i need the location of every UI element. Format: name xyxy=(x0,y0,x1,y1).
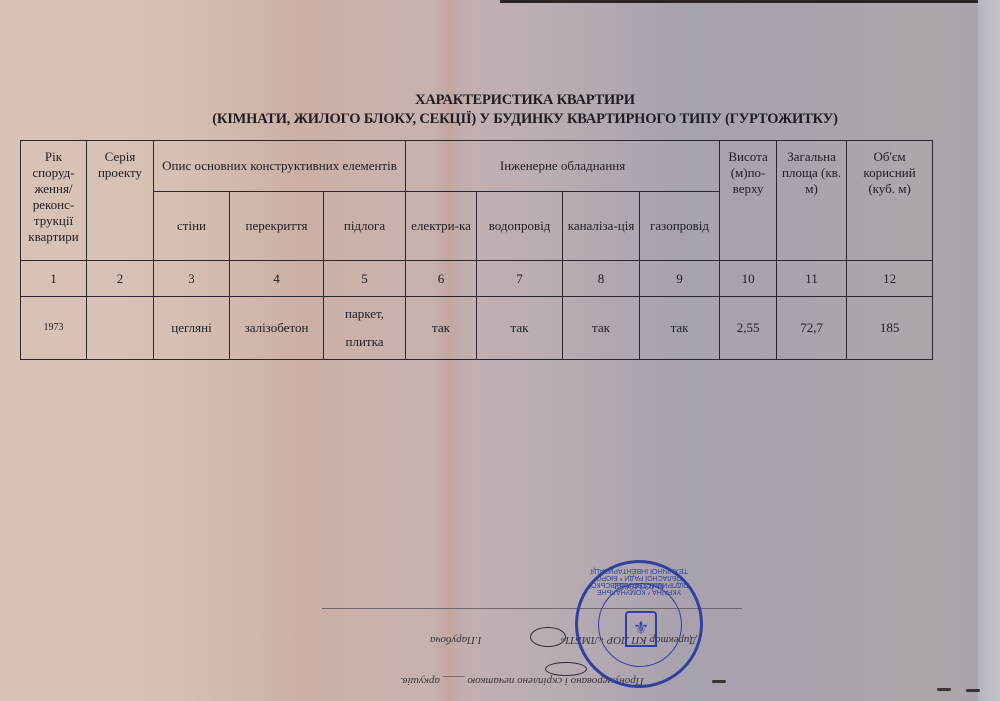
column-number: 4 xyxy=(230,261,324,297)
header-water: водопровід xyxy=(477,192,563,261)
header-structure-group: Опис основних конструктивних елементів xyxy=(154,141,406,192)
column-number: 5 xyxy=(324,261,406,297)
column-number: 10 xyxy=(720,261,777,297)
header-volume: Об'єм корисний (куб. м) xyxy=(847,141,933,261)
header-area: Загальна площа (кв. м) xyxy=(777,141,847,261)
signature-name: І.Парубоча xyxy=(430,634,481,646)
signature-scribble xyxy=(530,627,566,647)
paper-top-edge xyxy=(500,0,980,3)
cell-volume: 185 xyxy=(847,297,933,360)
cell-gas: так xyxy=(640,297,720,360)
document-title: ХАРАКТЕРИСТИКА КВАРТИРИ (КІМНАТИ, ЖИЛОГО… xyxy=(150,91,900,129)
header-series: Серія проекту xyxy=(87,141,154,261)
column-number: 9 xyxy=(640,261,720,297)
cell-height: 2,55 xyxy=(720,297,777,360)
header-year: Рік споруд-ження/ реконс-трукції квартир… xyxy=(21,141,87,261)
floor-line-1: паркет, xyxy=(345,306,384,321)
staple-mark xyxy=(712,680,726,683)
column-number: 2 xyxy=(87,261,154,297)
cell-floor: паркет, плитка xyxy=(324,297,406,360)
header-gas: газопровід xyxy=(640,192,720,261)
cell-sewer: так xyxy=(563,297,640,360)
column-number: 11 xyxy=(777,261,847,297)
column-number: 1 xyxy=(21,261,87,297)
header-walls: стіни xyxy=(154,192,230,261)
floor-line-2: плитка xyxy=(326,334,403,350)
staple-mark xyxy=(966,689,980,692)
table-row: 1973 цегляні залізобетон паркет, плитка … xyxy=(21,297,933,360)
signature-scribble xyxy=(545,662,587,676)
column-number: 8 xyxy=(563,261,640,297)
header-floor: підлога xyxy=(324,192,406,261)
trident-emblem-icon: ⚜ xyxy=(625,611,657,647)
cell-series xyxy=(87,297,154,360)
apartment-characteristics-table: Рік споруд-ження/ реконс-трукції квартир… xyxy=(20,140,933,360)
column-number: 6 xyxy=(406,261,477,297)
cell-floors-ceiling: залізобетон xyxy=(230,297,324,360)
title-line-2: (КІМНАТИ, ЖИЛОГО БЛОКУ, СЕКЦІЇ) У БУДИНК… xyxy=(150,110,900,129)
header-electric: електри-ка xyxy=(406,192,477,261)
column-number: 3 xyxy=(154,261,230,297)
cell-walls: цегляні xyxy=(154,297,230,360)
stamp-code: №03348652 xyxy=(598,581,680,591)
staple-mark xyxy=(937,688,951,691)
column-number: 12 xyxy=(847,261,933,297)
official-stamp: УКРАЇНА * КОМУНАЛЬНЕ ПІДПРИЄМСТВО ЛЬВІВС… xyxy=(575,560,703,688)
header-sewer: каналіза-ція xyxy=(563,192,640,261)
column-numbers-row: 1 2 3 4 5 6 7 8 9 10 11 12 xyxy=(21,261,933,297)
cell-area: 72,7 xyxy=(777,297,847,360)
cell-year: 1973 xyxy=(21,297,87,360)
column-number: 7 xyxy=(477,261,563,297)
header-floors-ceiling: перекриття xyxy=(230,192,324,261)
cell-electric: так xyxy=(406,297,477,360)
header-engineering-group: Інженерне обладнання xyxy=(406,141,720,192)
cell-water: так xyxy=(477,297,563,360)
title-line-1: ХАРАКТЕРИСТИКА КВАРТИРИ xyxy=(150,91,900,110)
header-height: Висота (м)по-верху xyxy=(720,141,777,261)
paper-right-edge xyxy=(978,0,1000,701)
